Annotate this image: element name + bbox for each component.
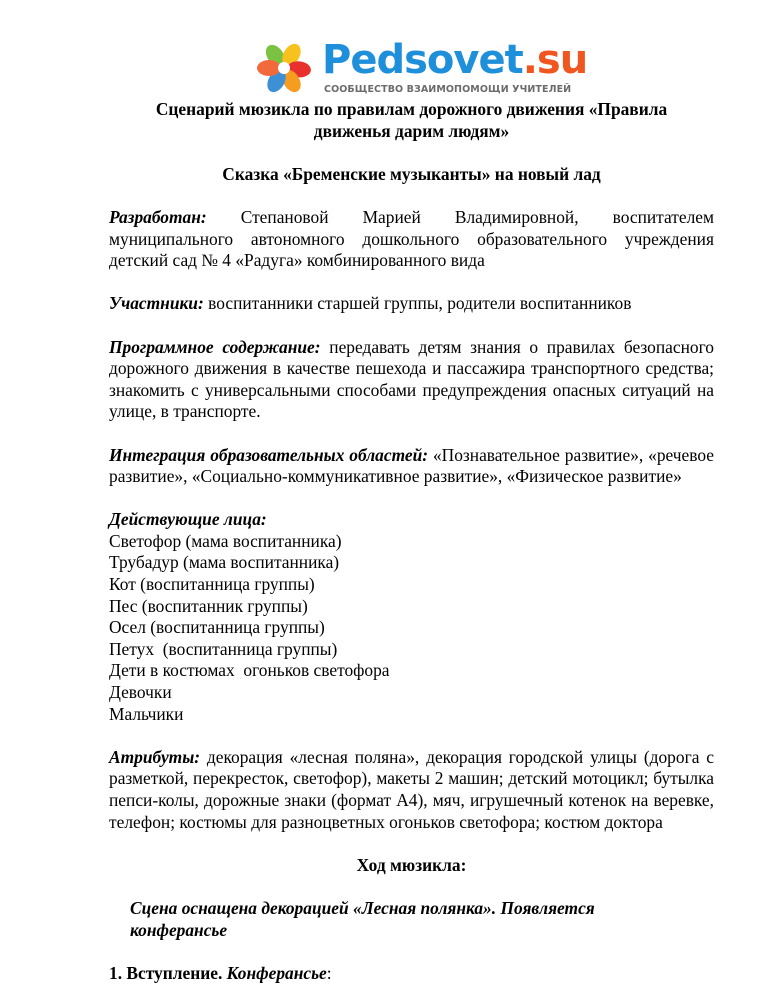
document-subtitle: Сказка «Бременские музыканты» на новый л… <box>109 164 714 186</box>
hands-logo-icon <box>252 38 316 98</box>
program-content-label: Программное содержание: <box>109 337 321 357</box>
character-item: Петух (воспитанница группы) <box>109 639 714 661</box>
attributes-paragraph: Атрибуты: декорация «лесная поляна», дек… <box>109 747 714 833</box>
program-content-paragraph: Программное содержание: передавать детям… <box>109 337 714 423</box>
character-item: Кот (воспитанница группы) <box>109 574 714 596</box>
logo-wordmark: Pedsovet.su <box>322 36 587 84</box>
character-item: Трубадур (мама воспитанника) <box>109 552 714 574</box>
character-item: Мальчики <box>109 704 714 726</box>
participants-paragraph: Участники: воспитанники старшей группы, … <box>109 293 714 315</box>
participants-text: воспитанники старшей группы, родители во… <box>204 293 632 313</box>
character-item: Дети в костюмах огоньков светофора <box>109 660 714 682</box>
document-page: Сценарий мюзикла по правилам дорожного д… <box>109 99 714 984</box>
document-title: Сценарий мюзикла по правилам дорожного д… <box>109 99 714 142</box>
section-1-title: 1. Вступление. <box>109 963 227 983</box>
title-line-2: движенья дарим людям» <box>314 121 509 141</box>
character-item: Пес (воспитанник группы) <box>109 596 714 618</box>
scene-note: Сцена оснащена декорацией «Лесная полянк… <box>109 898 714 941</box>
attributes-label: Атрибуты: <box>109 747 200 767</box>
developed-by-paragraph: Разработан: Степановой Марией Владимиров… <box>109 207 714 272</box>
logo-tagline: СООБЩЕСТВО ВЗАИМОПОМОЩИ УЧИТЕЛЕЙ <box>324 84 571 95</box>
characters-label: Действующие лица: <box>109 509 714 531</box>
section-1-heading: 1. Вступление. Конферансье: <box>109 963 714 985</box>
characters-list: Действующие лица: Светофор (мама воспита… <box>109 509 714 725</box>
section-1-speaker: Конферансье <box>227 963 327 983</box>
logo-domain: .su <box>523 37 587 83</box>
logo-name: Pedsovet <box>322 37 523 83</box>
integration-label: Интеграция образовательных областей: <box>109 445 428 465</box>
character-item: Осел (воспитанница группы) <box>109 617 714 639</box>
participants-label: Участники: <box>109 293 204 313</box>
character-item: Светофор (мама воспитанника) <box>109 531 714 553</box>
developed-by-label: Разработан: <box>109 207 207 227</box>
section-1-colon: : <box>327 963 332 983</box>
integration-paragraph: Интеграция образовательных областей: «По… <box>109 445 714 488</box>
pedsovet-logo: Pedsovet.su СООБЩЕСТВО ВЗАИМОПОМОЩИ УЧИТ… <box>252 38 572 98</box>
character-item: Девочки <box>109 682 714 704</box>
attributes-text: декорация «лесная поляна», декорация гор… <box>109 747 714 832</box>
title-line-1: Сценарий мюзикла по правилам дорожного д… <box>156 99 667 119</box>
course-heading: Ход мюзикла: <box>109 855 714 877</box>
